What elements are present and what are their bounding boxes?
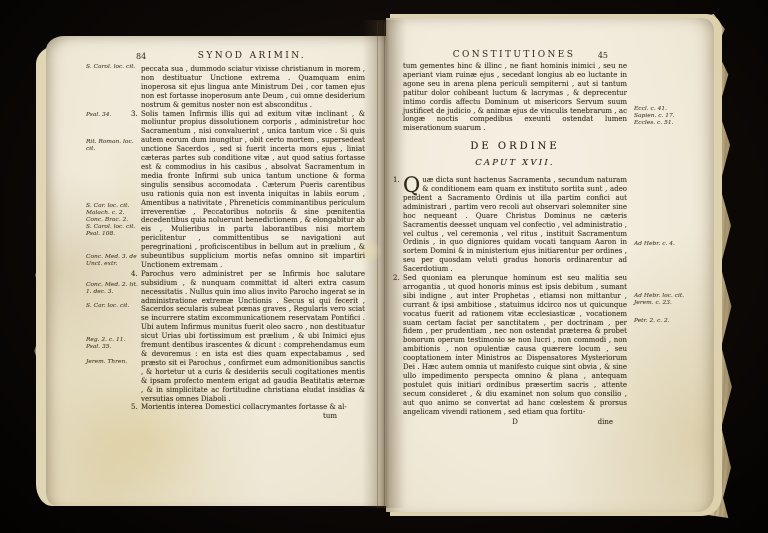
catchword: tum (141, 412, 365, 421)
paragraph-number: 3. (131, 110, 138, 119)
left-running-head-title: SYNOD ARIMIN. (198, 51, 306, 61)
right-running-head: CONSTITUTIONES 45 (402, 50, 626, 60)
margin-note: Reg. 2. c. 11. Psal. 35. (86, 337, 138, 351)
right-text-column: tum gementes hinc & illinc , ne fiant ho… (403, 62, 627, 426)
margin-note: Ad Hebr. c. 4. (634, 241, 692, 248)
chapter-heading: CAPUT XVII. (403, 159, 627, 168)
paragraph: tum gementes hinc & illinc , ne fiant ho… (403, 62, 627, 133)
margin-note: Petr. 2. c. 2. (634, 318, 692, 325)
paragraph-number: 5. (131, 403, 138, 412)
paragraph: 1. Q uæ dicta sunt hactenus Sacramenta ,… (403, 176, 627, 274)
gutter-crease (377, 22, 378, 508)
gutter-crease (384, 22, 385, 508)
left-page-number: 84 (136, 52, 146, 61)
margin-note: S. Car. loc. cit. (86, 303, 138, 310)
paragraph-number: 4. (131, 270, 138, 279)
paragraph-text: Solis tamen Infirmis illis qui ad exitum… (141, 110, 365, 269)
margin-note: Rit. Roman. loc. cit. (86, 139, 138, 153)
margin-note: S. Car. loc. cit. Malach. c. 2. Conc. Br… (86, 203, 138, 238)
paragraph-text: Sed quoniam ea plerunque hominum est seu… (403, 274, 627, 416)
margin-note: Conc. Med. 3. de Unct. extr. (86, 254, 138, 268)
margin-note: Ad Hebr. loc. cit. Jerem. c. 23. (634, 293, 692, 307)
paragraph-number: 2. (393, 274, 400, 283)
paragraph-text: peccata sua , dummodo sciatur vixisse ch… (141, 65, 365, 109)
section-heading: DE ORDINE (403, 143, 627, 152)
left-text-column: peccata sua , dummodo sciatur vixisse ch… (141, 65, 365, 421)
paragraph-text: uæ dicta sunt hactenus Sacramenta , secu… (403, 176, 627, 273)
signature-row: D dine (403, 418, 627, 427)
photo-background: 84 SYNOD ARIMIN. S. Carol. loc. cit. Psa… (0, 0, 768, 533)
paragraph: 4. Parochus vero administret per se Infi… (141, 270, 365, 404)
paragraph: peccata sua , dummodo sciatur vixisse ch… (141, 65, 365, 110)
margin-note: Jerem. Thren. (86, 359, 138, 366)
paragraph: 2. Sed quoniam ea plerunque hominum est … (403, 274, 627, 417)
paragraph-number: 1. (393, 176, 400, 185)
paragraph-text: Morientis interea Domestici collacrymant… (141, 403, 347, 411)
paragraph: 5. Morientis interea Domestici collacrym… (141, 403, 365, 412)
signature-mark: D (512, 418, 518, 426)
catchword: dine (598, 418, 613, 427)
left-running-head: 84 SYNOD ARIMIN. (140, 51, 364, 61)
right-page-number: 45 (598, 51, 608, 60)
margin-note: Eccl. c. 41. Sapien. c. 17. Eccles. c. 5… (634, 106, 692, 127)
margin-note: Conc. Med. 2. tit. 1. dec. 3. (86, 282, 138, 296)
right-running-head-title: CONSTITUTIONES (453, 50, 576, 60)
paragraph-text: Parochus vero administret per se Infirmi… (141, 270, 365, 403)
margin-note: S. Carol. loc. cit. (86, 64, 138, 71)
paragraph-text: tum gementes hinc & illinc , ne fiant ho… (403, 62, 627, 132)
paragraph: 3. Solis tamen Infirmis illis qui ad exi… (141, 110, 365, 270)
drop-cap-initial: Q (403, 176, 422, 193)
